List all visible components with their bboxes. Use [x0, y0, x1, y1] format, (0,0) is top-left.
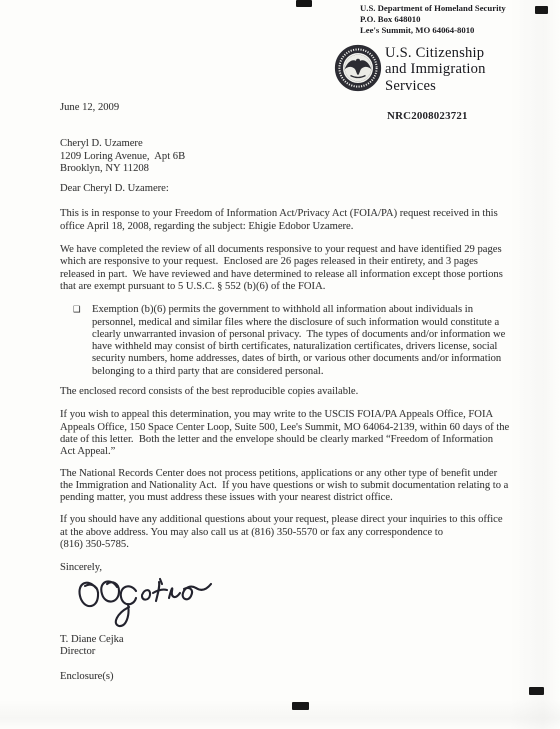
- paragraph-contact-info: If you should have any additional questi…: [60, 514, 528, 551]
- recipient-address: Cheryl D. Uzamere 1209 Loring Avenue, Ap…: [60, 138, 528, 175]
- paragraph-intro: This is in response to your Freedom of I…: [60, 208, 528, 233]
- square-bullet-icon: ❑: [73, 304, 81, 316]
- dhs-seal-icon: [334, 44, 382, 97]
- org-name: U.S. Citizenship and Immigration Service…: [385, 45, 486, 94]
- signer-name-title: T. Diane Cejka Director: [60, 634, 528, 659]
- enclosure-note: Enclosure(s): [60, 671, 528, 683]
- paragraph-nrc-notice: The National Records Center does not pro…: [60, 468, 528, 505]
- agency-address: U.S. Department of Homeland Security P.O…: [360, 3, 550, 36]
- paragraph-appeal-instructions: If you wish to appeal this determination…: [60, 409, 528, 458]
- letter-date: June 12, 2009: [60, 102, 528, 114]
- valediction: Sincerely,: [60, 562, 528, 574]
- scan-artifact: [296, 0, 312, 7]
- scanned-letter-page: U.S. Department of Homeland Security P.O…: [0, 0, 560, 729]
- salutation: Dear Cheryl D. Uzamere:: [60, 183, 528, 195]
- paragraph-review-summary: We have completed the review of all docu…: [60, 244, 528, 293]
- paragraph-enclosed-record: The enclosed record consists of the best…: [60, 386, 528, 398]
- paragraph-exemption: Exemption (b)(6) permits the government …: [92, 304, 528, 378]
- letter-body: June 12, 2009 Cheryl D. Uzamere 1209 Lor…: [60, 102, 528, 683]
- signature-handwriting: [72, 577, 528, 633]
- scan-artifact: [292, 702, 309, 710]
- scan-artifact: [529, 687, 544, 695]
- exemption-bullet-item: ❑ Exemption (b)(6) permits the governmen…: [60, 304, 528, 378]
